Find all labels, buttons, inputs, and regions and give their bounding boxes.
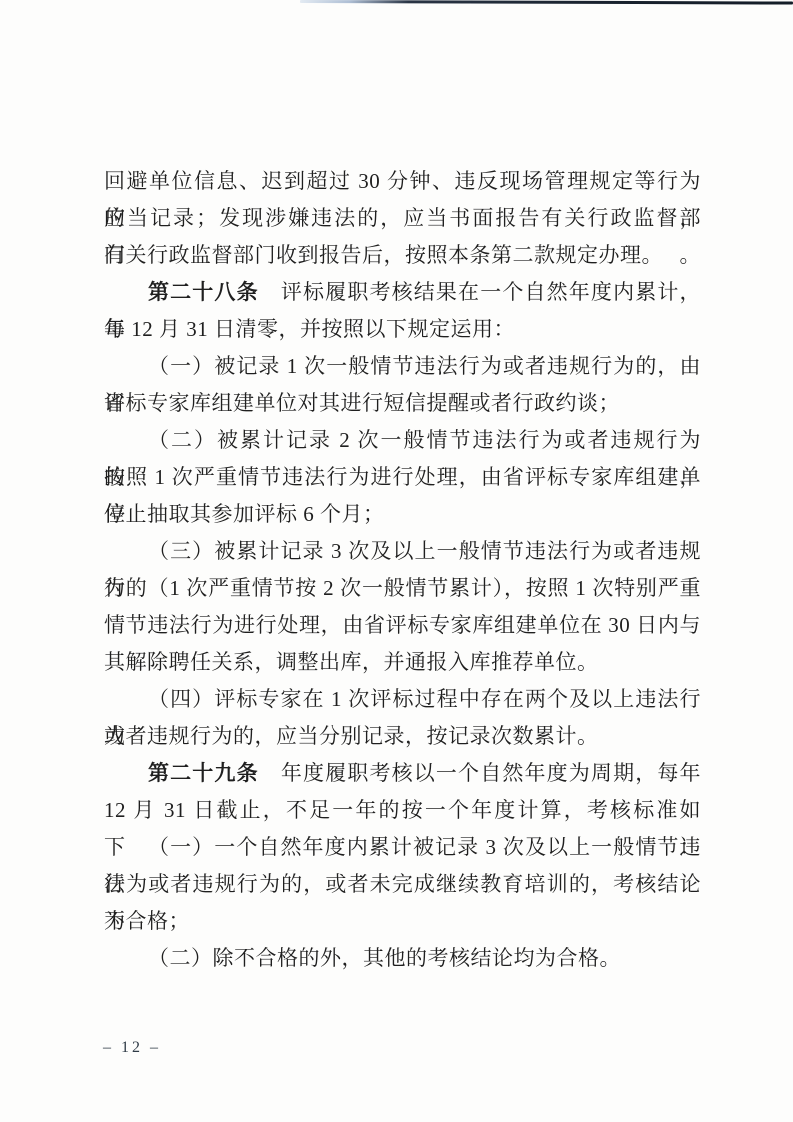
paragraph: 回避单位信息、迟到超过 30 分钟、违反现场管理规定等行为的，应当记录；发现涉嫌…: [104, 163, 701, 274]
text-line: 行为或者违规行为的，或者未完成继续教育培训的，考核结论为: [104, 866, 701, 903]
paragraph: （二）被累计记录 2 次一般情节违法行为或者违规行为的，按照 1 次严重情节违法…: [104, 422, 701, 533]
text-line: （四）评标专家在 1 次评标过程中存在两个及以上违法行为: [104, 681, 701, 718]
paragraph: （一）一个自然年度内累计被记录 3 次及以上一般情节违法行为或者违规行为的，或者…: [104, 829, 701, 940]
text-line: 停止抽取其参加评标 6 个月；: [104, 496, 701, 533]
document-body: 回避单位信息、迟到超过 30 分钟、违反现场管理规定等行为的，应当记录；发现涉嫌…: [104, 163, 701, 977]
document-page: 回避单位信息、迟到超过 30 分钟、违反现场管理规定等行为的，应当记录；发现涉嫌…: [0, 0, 793, 1122]
text-line: 为的（1 次严重情节按 2 次一般情节累计），按照 1 次特别严重: [104, 570, 701, 607]
text-line: 年 12 月 31 日清零，并按照以下规定运用：: [104, 311, 701, 348]
paragraph: 第二十八条 评标履职考核结果在一个自然年度内累计，每年 12 月 31 日清零，…: [104, 274, 701, 348]
text-line: 其解除聘任关系，调整出库，并通报入库推荐单位。: [104, 644, 701, 681]
article-number: 第二十八条: [148, 281, 259, 304]
paragraph: 第二十九条 年度履职考核以一个自然年度为周期，每年12 月 31 日截止，不足一…: [104, 755, 701, 829]
article-number: 第二十九条: [148, 762, 259, 785]
text-line: 情节违法行为进行处理，由省评标专家库组建单位在 30 日内与: [104, 607, 701, 644]
text-line: 或者违规行为的，应当分别记录，按记录次数累计。: [104, 718, 701, 755]
text-line: 第二十八条 评标履职考核结果在一个自然年度内累计，每: [104, 274, 701, 311]
page-number: – 12 –: [103, 1038, 161, 1058]
text-line: 第二十九条 年度履职考核以一个自然年度为周期，每年: [104, 755, 701, 792]
text-line: （一）一个自然年度内累计被记录 3 次及以上一般情节违法: [104, 829, 701, 866]
text-line: 有关行政监督部门收到报告后，按照本条第二款规定办理。: [104, 237, 701, 274]
scan-artifact-line: [300, 0, 793, 4]
paragraph: （一）被记录 1 次一般情节违法行为或者违规行为的，由省评标专家库组建单位对其进…: [104, 348, 701, 422]
text-line: 回避单位信息、迟到超过 30 分钟、违反现场管理规定等行为的，: [104, 163, 701, 200]
paragraph: （三）被累计记录 3 次及以上一般情节违法行为或者违规行为的（1 次严重情节按 …: [104, 533, 701, 681]
text-line: 按照 1 次严重情节违法行为进行处理，由省评标专家库组建单位: [104, 459, 701, 496]
text-line: （一）被记录 1 次一般情节违法行为或者违规行为的，由省: [104, 348, 701, 385]
text-line: （三）被累计记录 3 次及以上一般情节违法行为或者违规行: [104, 533, 701, 570]
paragraph: （二）除不合格的外，其他的考核结论均为合格。: [104, 940, 701, 977]
text-line: 不合格；: [104, 903, 701, 940]
text-line: （二）被累计记录 2 次一般情节违法行为或者违规行为的，: [104, 422, 701, 459]
paragraph: （四）评标专家在 1 次评标过程中存在两个及以上违法行为或者违规行为的，应当分别…: [104, 681, 701, 755]
text-line: （二）除不合格的外，其他的考核结论均为合格。: [104, 940, 701, 977]
text-line: 12 月 31 日截止，不足一年的按一个年度计算，考核标准如下：: [104, 792, 701, 829]
text-line: 评标专家库组建单位对其进行短信提醒或者行政约谈；: [104, 385, 701, 422]
text-line: 应当记录；发现涉嫌违法的，应当书面报告有关行政监督部门。: [104, 200, 701, 237]
